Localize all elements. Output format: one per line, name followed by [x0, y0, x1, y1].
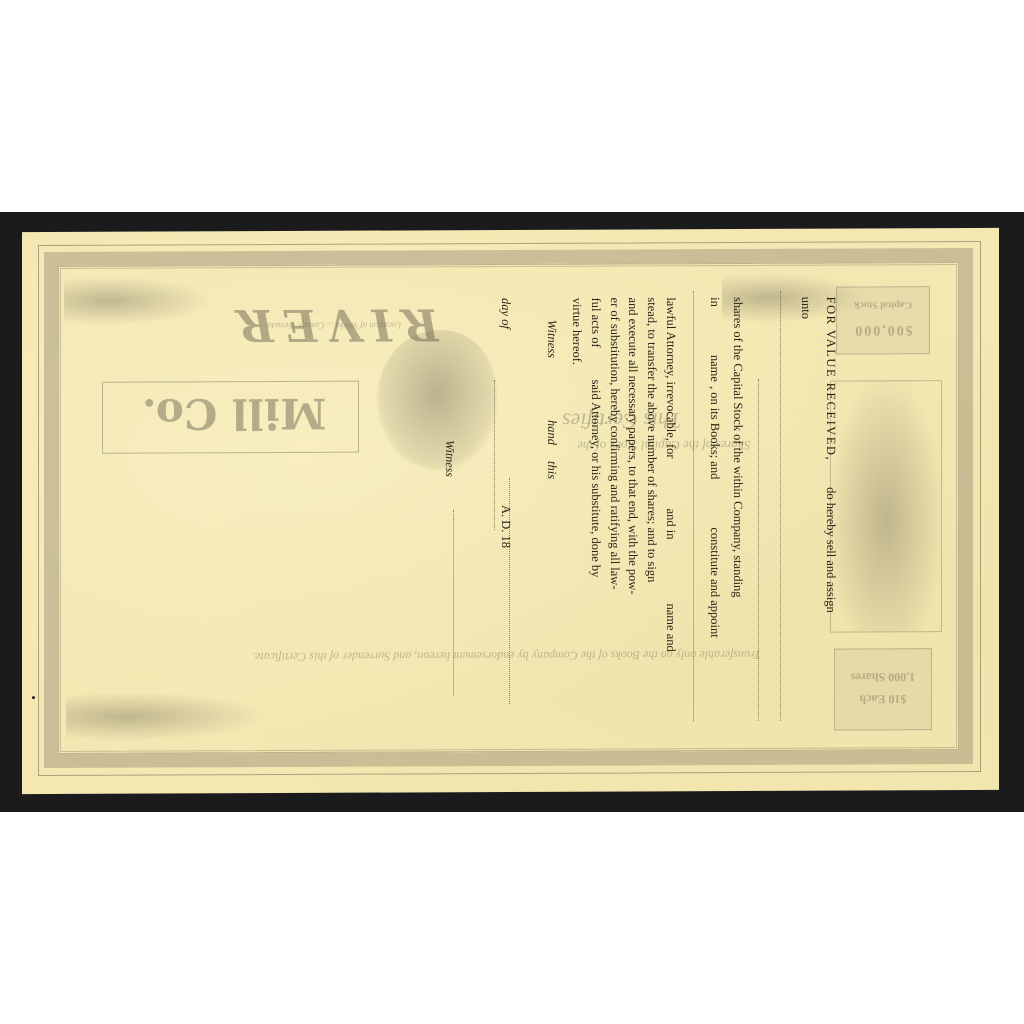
ghost-location-line: Location of Works ... County, Nevada	[267, 320, 401, 331]
witness-hand-line: Witnesshandthis	[546, 320, 559, 479]
dotted-line-attorney	[693, 291, 694, 721]
date-line: day ofA. D. 18	[500, 298, 513, 548]
assignment-line-6: stead, to transfer the above number of s…	[646, 297, 659, 582]
assignment-line-2: unto	[800, 297, 813, 319]
portrait-vignette	[377, 330, 497, 471]
ghost-capital-stock-box: Capital Stock $00,000	[836, 286, 930, 354]
assignment-line-1: FOR VALUE RECEIVED,do hereby sell and as…	[825, 297, 838, 613]
assignment-line-3: shares of the Capital Stock of the withi…	[732, 297, 745, 598]
ghost-shares-box: 1,000 Shares $10 Each	[834, 648, 932, 730]
paper-speck	[32, 696, 35, 699]
assignment-line-8: er of substitution, hereby confirming an…	[609, 298, 622, 590]
certificate-paper: RIVER Mill Co. Capital Stock $00,000 1,0…	[22, 228, 999, 794]
assignment-line-4: inname, on its Books; andconstitute and …	[709, 297, 722, 638]
dotted-line-assignee	[780, 291, 781, 721]
dotted-line-day-of	[494, 380, 495, 530]
ghost-company-name: Mill Co.	[142, 389, 326, 439]
dotted-line-witness-signature	[453, 510, 454, 696]
assignment-line-9: ful acts ofsaid Attorney, or his substit…	[590, 298, 603, 578]
assignment-line-7: and execute all necessary papers, to tha…	[627, 297, 640, 594]
ghost-transferable-line: Transferable only on the Books of the Co…	[252, 647, 761, 664]
witness-signature-label: Witness	[444, 440, 456, 477]
dotted-line-shares	[758, 379, 759, 721]
assignment-line-10: virtue hereof.	[571, 298, 584, 365]
corner-ornament-bottom-left	[66, 691, 266, 742]
assignment-line-5: lawful Attorney, irrevocable, forand inn…	[665, 297, 678, 651]
corner-ornament-top-left	[64, 275, 214, 326]
allegorical-vignette	[830, 380, 942, 632]
